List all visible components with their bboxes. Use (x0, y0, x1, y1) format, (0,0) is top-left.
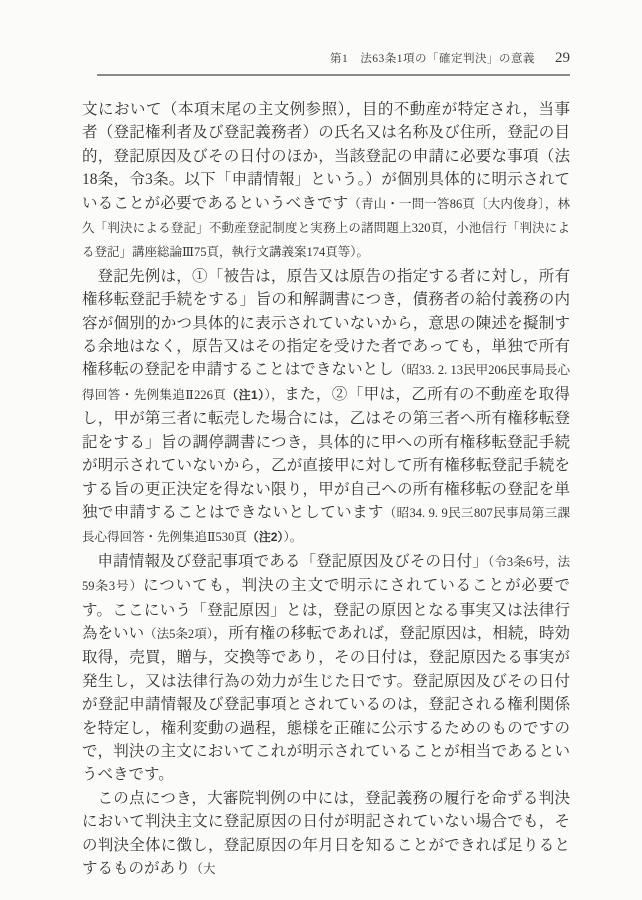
page-number: 29 (555, 50, 570, 67)
body-text: ，所有権の移転であれば，登記原因は，相続，時効取得，売買，贈与，交換等であり，そ… (82, 625, 570, 783)
body-text: 申請情報及び登記事項である「登記原因及びその日付」 (98, 553, 488, 570)
paragraph: この点につき，大審院判例の中には，登記義務の履行を命ずる判決において判決主文に登… (82, 787, 570, 882)
citation-text: （法5条2項） (144, 627, 213, 641)
header-section-title: 法63条1項の「確定判決」の意義 (360, 50, 535, 66)
page-body: 文において（本項末尾の主文例参照），目的不動産が特定され，当事者（登記権利者及び… (82, 98, 570, 881)
paragraph: 文において（本項末尾の主文例参照），目的不動産が特定され，当事者（登記権利者及び… (82, 98, 570, 265)
body-text: また，②「甲は，乙所有の不動産を取得し，甲が第三者に転売した場合には，乙はその第… (82, 386, 570, 521)
page-header: 第1 法63条1項の「確定判決」の意義 29 (82, 50, 570, 76)
body-text: 登記先例は，①「被告は，原告又は原告の指定する者に対し，所有権移転登記手続をする… (82, 268, 570, 379)
note-reference: （注1） (226, 388, 264, 402)
book-page: 第1 法63条1項の「確定判決」の意義 29 文において（本項末尾の主文例参照）… (0, 0, 642, 900)
paragraph: 登記先例は，①「被告は，原告又は原告の指定する者に対し，所有権移転登記手続をする… (82, 265, 570, 550)
citation-text: （大 (191, 862, 216, 876)
citation-text: ）。 (283, 530, 302, 544)
header-rule (97, 74, 570, 76)
running-head: 第1 法63条1項の「確定判決」の意義 29 (82, 50, 570, 67)
body-text: この点につき，大審院判例の中には，登記義務の履行を命ずる判決において判決主文に登… (82, 790, 570, 877)
citation-text: ）， (265, 388, 285, 402)
paragraph: 申請情報及び登記事項である「登記原因及びその日付」（令3条6号，法59条3号）に… (82, 550, 570, 787)
header-section-label: 第1 (330, 50, 348, 66)
note-reference: （注2） (247, 530, 284, 544)
body-text: 文において（本項末尾の主文例参照），目的不動産が特定され，当事者（登記権利者及び… (82, 101, 570, 212)
